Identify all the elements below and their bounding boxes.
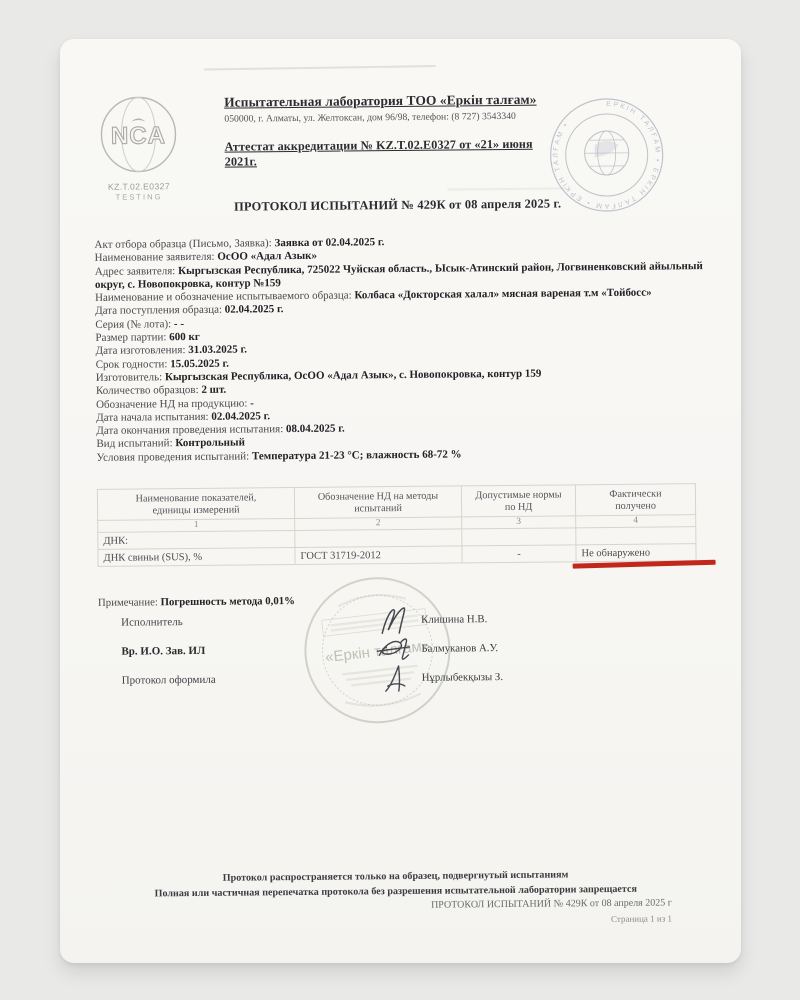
col-header-norms: Допустимые нормы по НД [461, 485, 575, 517]
result-value: Не обнаружено [581, 547, 650, 559]
letterhead: Испытательная лаборатория ТОО «Еркін тал… [224, 91, 557, 169]
sample-details: Акт отбора образца (Письмо, Заявка): Зая… [94, 233, 704, 465]
signature-role: Исполнитель [121, 615, 296, 629]
svg-text:NCA: NCA [111, 122, 166, 150]
nca-accreditation-logo: NCA KZ.T.02.E0327 TESTING [92, 93, 185, 202]
lab-address: 050000, г. Алматы, ул. Желтоксан, дом 96… [224, 110, 556, 124]
signature-icon [375, 634, 411, 662]
result-cell: Не обнаружено [576, 544, 696, 562]
signature-row-clerk: Протокол оформила Нұрлыбекқызы З. [122, 662, 552, 695]
signature-name: Клишина Н.В. [421, 612, 551, 625]
scan-smudge [204, 65, 436, 70]
svg-text:ЕРКІН ТАЛҒАМ • ЕРКІН ТАЛҒАМ •: ЕРКІН ТАЛҒАМ • ЕРКІН ТАЛҒАМ • ЕРКІН ТАЛҒ… [552, 100, 661, 209]
lab-name: Испытательная лаборатория ТОО «Еркін тал… [224, 91, 556, 110]
signature-icon [375, 604, 411, 634]
results-table: Наименование показателей, единицы измере… [97, 483, 697, 567]
col-header-method: Обозначение НД на методы испытаний [294, 486, 461, 519]
col-header-indicator: Наименование показателей, единицы измере… [97, 488, 294, 521]
nca-code: KZ.T.02.E0327 [93, 181, 185, 192]
footer: Протокол распространяется только на обра… [116, 867, 677, 930]
signature-icon [382, 662, 412, 692]
signature-block: Исполнитель Клишина Н.В. Вр. И.О. Зав. И… [121, 604, 552, 695]
signature-role: Вр. И.О. Зав. ИЛ [121, 644, 296, 658]
accreditation-line: Аттестат аккредитации № KZ.T.02.E0327 от… [225, 136, 557, 169]
document-page: NCA KZ.T.02.E0327 TESTING Испытательная … [60, 39, 741, 963]
signature-name: Балмуканов А.У. [421, 641, 551, 654]
signature-role: Протокол оформила [122, 673, 297, 687]
signature-row-head: Вр. И.О. Зав. ИЛ Балмуканов А.У. [121, 633, 551, 666]
scanned-photo-background: NCA KZ.T.02.E0327 TESTING Испытательная … [0, 0, 800, 1000]
signature-row-executor: Исполнитель Клишина Н.В. [121, 604, 551, 637]
col-header-result: Фактически получено [575, 484, 695, 516]
nca-globe-icon: NCA [97, 93, 180, 176]
red-underline-highlight [573, 559, 716, 567]
signature-name: Нұрлыбекқызы З. [422, 670, 552, 683]
document-content: NCA KZ.T.02.E0327 TESTING Испытательная … [56, 36, 746, 966]
